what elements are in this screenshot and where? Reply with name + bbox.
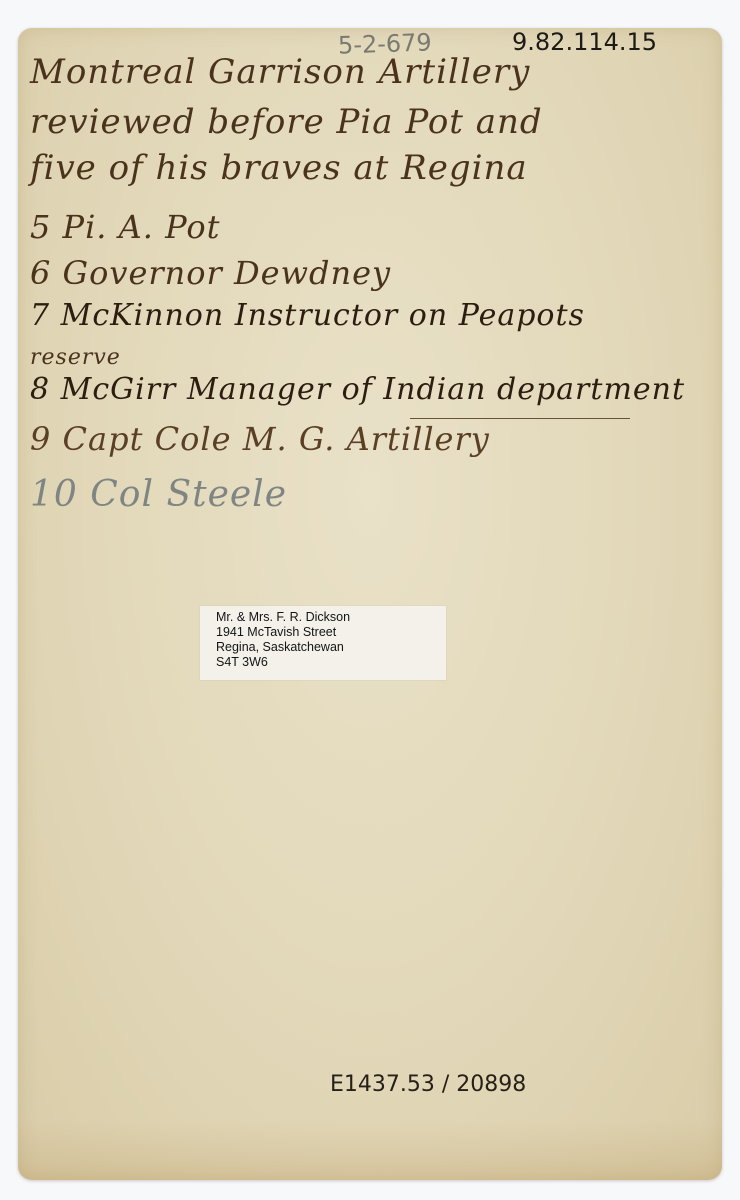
list-item-5: 5 Pi. A. Pot [30, 208, 220, 246]
list-number: 9 [30, 420, 51, 458]
list-text: McKinnon Instructor on Peapots [61, 298, 585, 333]
handwritten-title-line-1: Montreal Garrison Artillery [30, 52, 530, 92]
list-text: Governor Dewdney [63, 254, 392, 292]
address-street: 1941 McTavish Street [216, 625, 336, 640]
list-text: Capt Cole M. G. Artillery [63, 420, 490, 458]
list-number: 8 [30, 372, 50, 407]
address-label: Mr. & Mrs. F. R. Dickson 1941 McTavish S… [200, 606, 446, 680]
list-item-7-continued: reserve [30, 345, 121, 370]
address-postal-code: S4T 3W6 [216, 655, 268, 670]
list-number: 6 [30, 254, 51, 292]
list-item-9: 9 Capt Cole M. G. Artillery [30, 420, 490, 458]
list-item-8: 8 McGirr Manager of Indian department [30, 372, 685, 407]
list-number: 10 [30, 474, 78, 515]
list-text: Pi. A. Pot [63, 208, 221, 246]
handwritten-title-line-2: reviewed before Pia Pot and [30, 102, 543, 142]
water-stain [18, 1120, 722, 1180]
photo-card-back [18, 28, 722, 1180]
list-number: 7 [30, 298, 50, 333]
address-city: Regina, Saskatchewan [216, 640, 344, 655]
list-text: Col Steele [90, 474, 287, 515]
ink-catalog-number: 9.82.114.15 [512, 28, 657, 56]
list-text: McGirr Manager of Indian department [61, 372, 685, 407]
list-item-10: 10 Col Steele [30, 474, 287, 515]
ink-underline [410, 418, 630, 419]
list-number: 5 [30, 208, 51, 246]
list-item-7: 7 McKinnon Instructor on Peapots [30, 298, 585, 333]
bottom-catalog-number: E1437.53 / 20898 [330, 1072, 526, 1097]
address-name: Mr. & Mrs. F. R. Dickson [216, 610, 350, 625]
list-item-6: 6 Governor Dewdney [30, 254, 391, 292]
handwritten-title-line-3: five of his braves at Regina [30, 148, 528, 188]
